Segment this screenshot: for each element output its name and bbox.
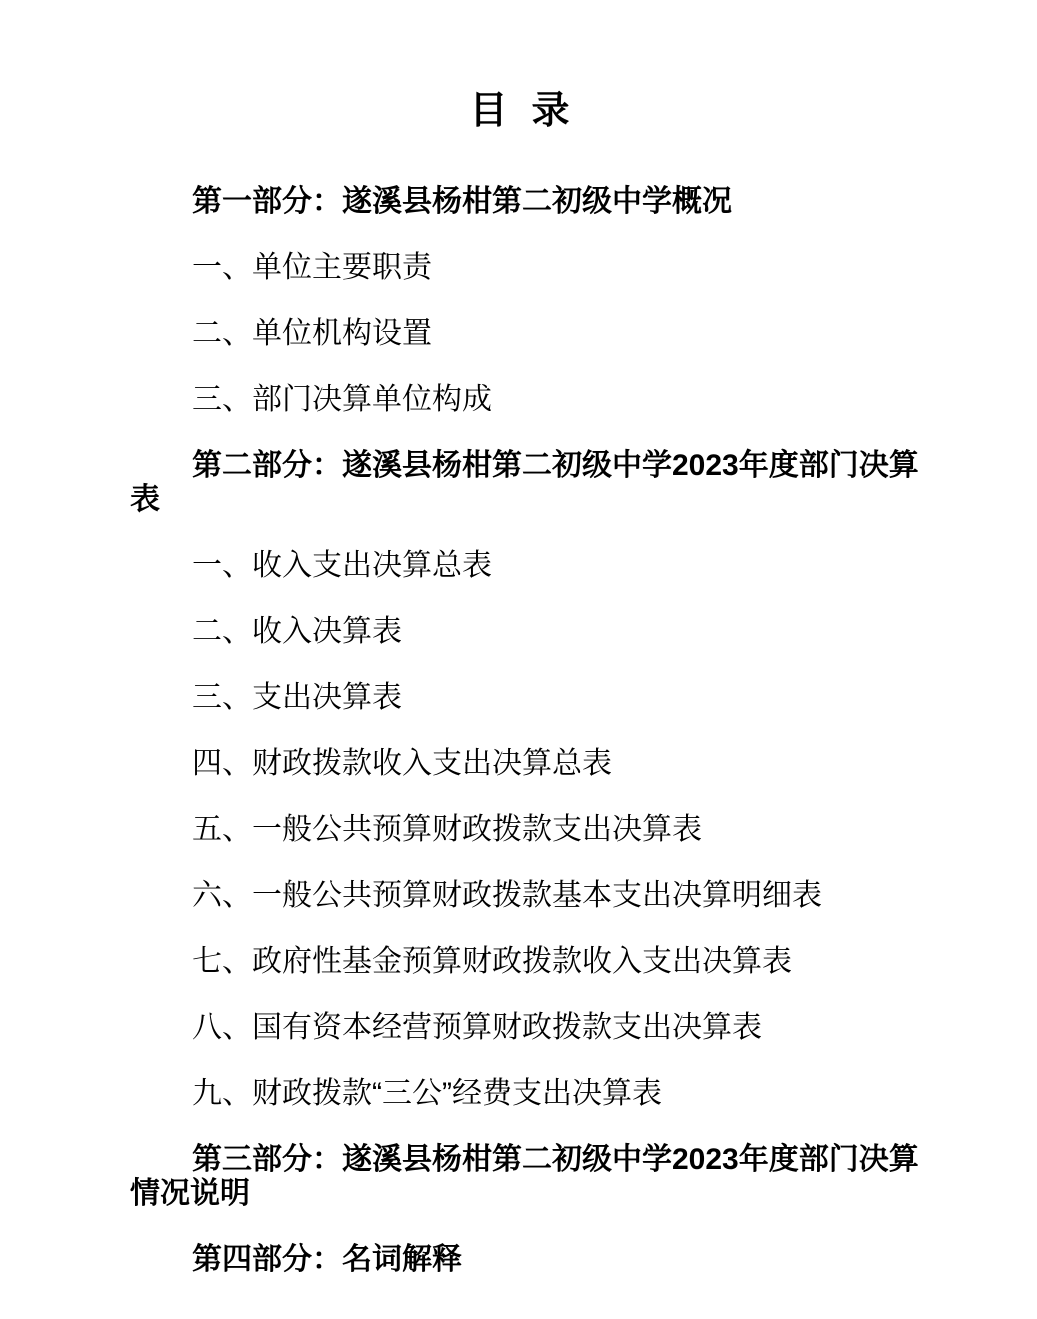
toc-line: 四、财政拨款收入支出决算总表 [130,747,910,781]
toc-line: 第二部分：遂溪县杨柑第二初级中学2023年度部门决算 [130,449,910,483]
toc-line: 三、支出决算表 [130,681,910,715]
toc-section-heading: 第二部分：遂溪县杨柑第二初级中学2023年度部门决算表 [130,449,910,517]
toc-line: 三、部门决算单位构成 [130,383,910,417]
toc-item: 七、政府性基金预算财政拨款收入支出决算表 [130,945,910,979]
toc-line: 九、财政拨款“三公”经费支出决算表 [130,1077,910,1111]
toc-item: 二、收入决算表 [130,615,910,649]
toc-item: 八、国有资本经营预算财政拨款支出决算表 [130,1011,910,1045]
toc-item: 一、单位主要职责 [130,251,910,285]
toc-line: 五、一般公共预算财政拨款支出决算表 [130,813,910,847]
toc-line: 八、国有资本经营预算财政拨款支出决算表 [130,1011,910,1045]
toc-line: 第一部分：遂溪县杨柑第二初级中学概况 [130,185,910,219]
document-content: 目 录 第一部分：遂溪县杨柑第二初级中学概况一、单位主要职责二、单位机构设置三、… [130,0,910,1277]
toc-line: 第四部分：名词解释 [130,1243,910,1277]
toc-line: 情况说明 [130,1177,910,1211]
toc-list: 第一部分：遂溪县杨柑第二初级中学概况一、单位主要职责二、单位机构设置三、部门决算… [130,185,910,1277]
toc-item: 三、支出决算表 [130,681,910,715]
toc-item: 一、收入支出决算总表 [130,549,910,583]
toc-line: 七、政府性基金预算财政拨款收入支出决算表 [130,945,910,979]
toc-item: 二、单位机构设置 [130,317,910,351]
toc-item: 五、一般公共预算财政拨款支出决算表 [130,813,910,847]
toc-line: 二、单位机构设置 [130,317,910,351]
toc-line: 六、一般公共预算财政拨款基本支出决算明细表 [130,879,910,913]
toc-section-heading: 第一部分：遂溪县杨柑第二初级中学概况 [130,185,910,219]
toc-line: 第三部分：遂溪县杨柑第二初级中学2023年度部门决算 [130,1143,910,1177]
toc-line: 一、单位主要职责 [130,251,910,285]
toc-item: 四、财政拨款收入支出决算总表 [130,747,910,781]
page-title: 目 录 [130,0,910,134]
document-page: 目 录 第一部分：遂溪县杨柑第二初级中学概况一、单位主要职责二、单位机构设置三、… [0,0,1037,1319]
toc-section-heading: 第三部分：遂溪县杨柑第二初级中学2023年度部门决算情况说明 [130,1143,910,1211]
toc-section-heading: 第四部分：名词解释 [130,1243,910,1277]
toc-line: 表 [130,483,910,517]
toc-item: 六、一般公共预算财政拨款基本支出决算明细表 [130,879,910,913]
toc-line: 二、收入决算表 [130,615,910,649]
toc-item: 三、部门决算单位构成 [130,383,910,417]
toc-item: 九、财政拨款“三公”经费支出决算表 [130,1077,910,1111]
toc-line: 一、收入支出决算总表 [130,549,910,583]
